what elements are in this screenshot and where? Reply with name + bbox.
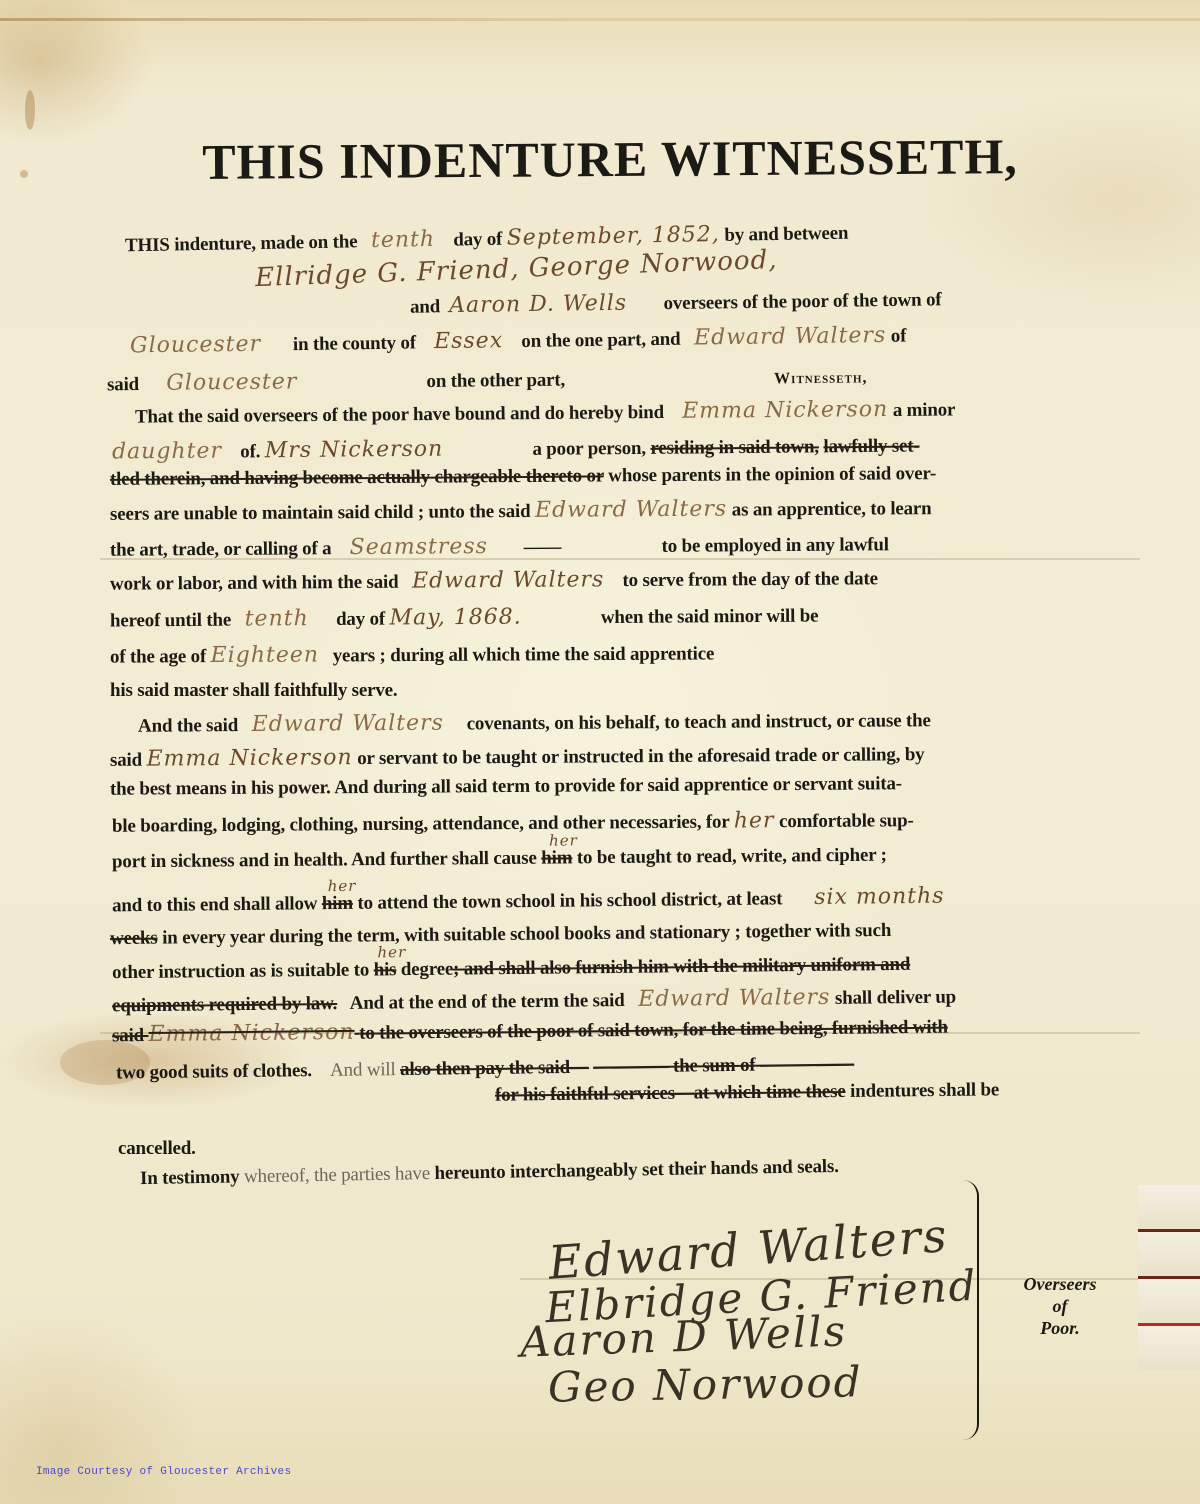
wax-seal [1138,1326,1200,1370]
printed-text: in the county of [293,332,416,355]
handwritten-master-name: Edward Walters [694,323,887,351]
text-line: said Emma Nickerson to the overseers of … [112,1014,948,1048]
handwritten-insertion: her [549,831,578,849]
printed-text: said [110,750,142,771]
printed-text: and [410,296,440,317]
printed-text: day of [336,609,385,630]
printed-text: to be employed in any lawful [662,534,889,557]
printed-text: seers are unable to maintain said child … [110,501,531,525]
handwritten-insertion: her [377,943,406,961]
handwritten-apprentice-name: Emma Nickerson [682,397,888,424]
printed-text: covenants, on his behalf, to teach and i… [467,710,931,734]
handwritten-day: tenth [371,227,435,253]
struck-text: weeks [110,928,158,949]
text-line: daughter of. Mrs Nickerson a poor person… [112,432,920,464]
printed-text: and to this end shall allow [112,893,317,916]
text-line: weeks in every year during the term, wit… [110,920,891,950]
struck-text: ; and shall also furnish him with the mi… [453,954,910,980]
text-line: hereof until the tenth day of May, 1868.… [110,603,818,633]
struck-text: him [541,847,572,868]
printed-text: Witnesseth, [774,369,868,387]
image-credit: Image Courtesy of Gloucester Archives [36,1466,291,1478]
printed-text: hereof until the [110,610,231,632]
printed-text: in every year during the term, with suit… [162,920,891,949]
printed-text: to the overseers of the poor of said tow… [359,1017,948,1044]
printed-text: his said master shall faithfully serve. [110,680,397,701]
printed-text: on the other part, [426,370,565,392]
paper-fold-top [0,18,1200,21]
text-line: of the age of Eighteen years ; during al… [110,640,714,668]
overseers-label-line: of [1010,1295,1110,1317]
printed-text: as an apprentice, to learn [732,498,932,520]
printed-text: to serve from the day of the date [622,568,877,591]
wax-seal [1138,1232,1200,1279]
printed-text: And the said [138,715,238,737]
printed-text: THIS indenture, made on the [125,231,358,256]
handwritten-master-name: Edward Walters [252,711,444,737]
printed-text: by and between [724,223,848,246]
printed-text: two good suits of clothes. [116,1060,312,1083]
printed-text: port in sickness and in health. And furt… [112,848,537,873]
document-title: THIS INDENTURE WITNESSETH, [180,127,1040,191]
text-line: and to this end shall allow him her to a… [112,884,945,918]
text-line: said Emma Nickerson or servant to be tau… [110,741,925,772]
signature-overseer-norwood: Geo Norwood [548,1357,863,1411]
printed-text: or servant to be taught or instructed in… [357,744,924,769]
overseers-label-line: Overseers [1010,1273,1110,1295]
printed-text: degree [401,959,453,981]
handwritten-county: Essex [434,328,503,354]
struck-text: equipments required by law. [112,993,337,1016]
text-line: said Gloucester on the other part, Witne… [107,361,1127,397]
handwritten-master-name: Edward Walters [638,985,830,1012]
text-line: And the said Edward Walters covenants, o… [138,707,931,738]
printed-text: other instruction as is suitable to [112,959,369,983]
printed-text: when the said minor will be [601,606,819,629]
handwritten-end-day: tenth [245,606,309,631]
printed-text: said [112,1025,144,1046]
printed-text: on the one part, and [521,329,680,352]
text-line: work or labor, and with him the said Edw… [110,565,878,595]
struck-text: lawfully set- [823,435,919,457]
handwritten-parent-name: Mrs Nickerson [265,437,444,464]
printed-text: overseers of the poor of the town of [663,289,941,314]
handwritten-month-year: September, 1852, [507,222,720,251]
printed-text: to be taught to read, write, and cipher … [577,845,887,869]
handwritten-town: Gloucester [166,369,297,395]
handwritten-apprentice-name: Emma Nickerson [146,745,352,771]
text-line: seers are unable to maintain said child … [110,495,932,526]
text-line: two good suits of clothes. And will also… [116,1053,854,1084]
printed-text: of [891,326,907,347]
printed-text: to attend the town school in his school … [357,888,782,913]
struck-text: tled therein, and having become actually… [110,465,604,489]
printed-text: said [107,374,139,395]
text-line: port in sickness and in health. And furt… [112,845,887,874]
printed-text: years ; during all which time the said a… [333,643,715,666]
printed-text: ble boarding, lodging, clothing, nursing… [112,811,729,836]
paper-stain [20,170,28,178]
text-line: his said master shall faithfully serve. [110,680,397,702]
printed-text: hereunto interchangeably set their hands… [434,1156,838,1184]
struck-text: residing in said town, [650,436,819,458]
handwritten-school-duration: six months [814,884,945,910]
signature-brace [963,1180,979,1440]
printed-text: a minor [893,399,956,421]
printed-text: of the age of [110,646,206,668]
overseers-label-line: Poor. [1010,1317,1110,1339]
struck-text: him [322,893,353,914]
text-line: Gloucester in the county of Essex on the… [130,323,907,359]
printed-text: whose parents in the opinion of said ove… [608,463,936,486]
printed-text: cancelled. [118,1138,196,1159]
printed-text: day of [453,229,502,251]
handwritten-apprentice-name: Emma Nickerson [148,1020,354,1047]
text-line: and Aaron D. Wells overseers of the poor… [410,286,942,318]
printed-text: indentures shall be [850,1079,999,1102]
printed-text: of. [240,441,260,462]
handwritten-relation: daughter [112,439,222,465]
struck-text: also then pay the said— [400,1057,589,1080]
handwritten-pronoun: her [734,808,775,833]
printed-text: In testimony [140,1166,240,1189]
handwritten-overseer-name: Aaron D. Wells [449,291,627,318]
handwritten-trade: Seamstress [350,534,488,560]
overseers-label: Overseers of Poor. [1010,1273,1110,1339]
printed-text: comfortable sup- [779,810,914,832]
handwritten-end-month-year: May, 1868. [389,605,521,631]
text-line: the best means in his power. And during … [110,773,902,801]
handwritten-age: Eighteen [211,642,320,668]
printed-text: the best means in his power. And during … [110,773,902,800]
text-line: ble boarding, lodging, clothing, nursing… [112,807,914,838]
struck-text: his [374,959,397,980]
text-line: cancelled. [118,1138,196,1160]
faded-text: whereof, the parties have [244,1163,430,1187]
printed-text: work or labor, and with him the said [110,572,399,595]
text-line: other instruction as is suitable to his … [112,954,910,984]
printed-text: a poor person, [532,438,646,460]
faded-text: And will [330,1059,396,1081]
wax-seal [1138,1279,1200,1326]
printed-text: And at the end of the term the said [350,990,625,1014]
handwritten-town: Gloucester [130,332,261,359]
handwritten-master-name: Edward Walters [535,497,727,523]
text-line: That the said overseers of the poor have… [135,396,955,428]
text-line: for his faithful services—at which time … [495,1079,999,1106]
printed-dash: —— [492,536,592,559]
wax-seal [1138,1185,1200,1232]
struck-text: for his faithful services—at which time … [495,1081,846,1106]
handwritten-insertion: her [328,877,357,895]
text-line: equipments required by law. And at the e… [112,984,956,1018]
printed-text: shall deliver up [835,987,956,1009]
printed-text: That the said overseers of the poor have… [135,402,664,428]
handwritten-master-name: Edward Walters [412,567,604,593]
printed-text: the art, trade, or calling of a [110,538,332,561]
struck-text: ———— the sum of ————— [593,1053,854,1077]
text-line: tled therein, and having become actually… [110,463,936,491]
paper-stain [25,90,35,130]
text-line: In testimony whereof, the parties have h… [140,1156,839,1190]
